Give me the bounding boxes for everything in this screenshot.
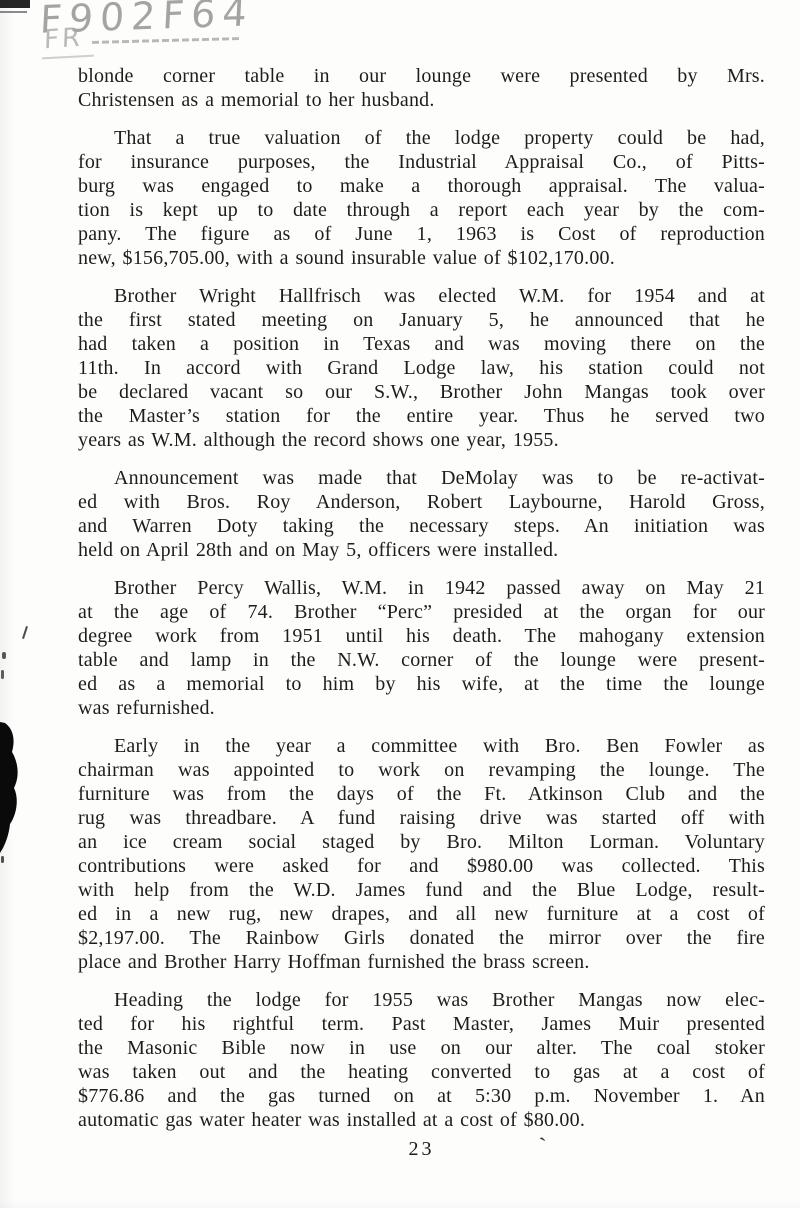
scan-corner-bar <box>0 0 30 8</box>
margin-mark-dot <box>1 670 4 679</box>
text-line: Announcement was made that DeMolay was t… <box>78 466 765 490</box>
handwritten-initials-underline <box>42 55 94 60</box>
text-line: tion is kept up to date through a report… <box>78 198 765 222</box>
text-line: the Master’s station for the entire year… <box>78 404 765 428</box>
text-line: degree work from 1951 until his death. T… <box>78 624 765 648</box>
handwritten-initials: FR <box>44 23 84 56</box>
text-line: place and Brother Harry Hoffman furnishe… <box>78 950 765 974</box>
text-line: Heading the lodge for 1955 was Brother M… <box>78 988 765 1012</box>
text-line: Christensen as a memorial to her husband… <box>78 88 765 112</box>
text-line: rug was threadbare. A fund raising drive… <box>78 806 765 830</box>
margin-mark-dot <box>1 856 4 863</box>
text-line: blonde corner table in our lounge were p… <box>78 64 765 88</box>
paragraph: Brother Percy Wallis, W.M. in 1942 passe… <box>78 576 765 720</box>
paragraph: That a true valuation of the lodge prope… <box>78 126 765 270</box>
paragraph: Heading the lodge for 1955 was Brother M… <box>78 988 765 1132</box>
text-line: ed as a memorial to him by his wife, at … <box>78 672 765 696</box>
text-line: was taken out and the heating converted … <box>78 1060 765 1084</box>
text-line: furniture was from the days of the Ft. A… <box>78 782 765 806</box>
scan-corner-line <box>0 11 27 13</box>
text-line: chairman was appointed to work on revamp… <box>78 758 765 782</box>
page-number: 23 <box>78 1138 765 1161</box>
text-line: for insurance purposes, the Industrial A… <box>78 150 765 174</box>
paragraph: Early in the year a committee with Bro. … <box>78 734 765 974</box>
text-line: and Warren Doty taking the necessary ste… <box>78 514 765 538</box>
text-line: Early in the year a committee with Bro. … <box>78 734 765 758</box>
text-line: new, $156,705.00, with a sound insurable… <box>78 246 765 270</box>
text-line: years as W.M. although the record shows … <box>78 428 765 452</box>
text-line: table and lamp in the N.W. corner of the… <box>78 648 765 672</box>
scanned-document-page: F902F64 FR blonde corner table in our lo… <box>0 0 800 1208</box>
ink-blob-artifact <box>0 722 24 854</box>
text-line: ted for his rightful term. Past Master, … <box>78 1012 765 1036</box>
text-line: Brother Wright Hallfrisch was elected W.… <box>78 284 765 308</box>
text-line: the Masonic Bible now in use on our alte… <box>78 1036 765 1060</box>
text-line: ed in a new rug, new drapes, and all new… <box>78 902 765 926</box>
text-line: $776.86 and the gas turned on at 5:30 p.… <box>78 1084 765 1108</box>
text-line: at the age of 74. Brother “Perc” preside… <box>78 600 765 624</box>
paragraph: Announcement was made that DeMolay was t… <box>78 466 765 562</box>
text-line: automatic gas water heater was installed… <box>78 1108 765 1132</box>
text-line: $2,197.00. The Rainbow Girls donated the… <box>78 926 765 950</box>
paragraph: Brother Wright Hallfrisch was elected W.… <box>78 284 765 452</box>
text-line: had taken a position in Texas and was mo… <box>78 332 765 356</box>
margin-mark-dot <box>2 652 6 659</box>
text-line: with help from the W.D. James fund and t… <box>78 878 765 902</box>
text-line: was refurnished. <box>78 696 765 720</box>
text-line: be declared vacant so our S.W., Brother … <box>78 380 765 404</box>
text-line: That a true valuation of the lodge prope… <box>78 126 765 150</box>
text-line: held on April 28th and on May 5, officer… <box>78 538 765 562</box>
margin-mark-slash <box>22 626 28 639</box>
text-line: the first stated meeting on January 5, h… <box>78 308 765 332</box>
body-text: blonde corner table in our lounge were p… <box>78 64 765 1132</box>
text-line: Brother Percy Wallis, W.M. in 1942 passe… <box>78 576 765 600</box>
text-line: pany. The figure as of June 1, 1963 is C… <box>78 222 765 246</box>
text-line: ed with Bros. Roy Anderson, Robert Laybo… <box>78 490 765 514</box>
text-line: 11th. In accord with Grand Lodge law, hi… <box>78 356 765 380</box>
text-line: burg was engaged to make a thorough appr… <box>78 174 765 198</box>
text-line: contributions were asked for and $980.00… <box>78 854 765 878</box>
text-line: an ice cream social staged by Bro. Milto… <box>78 830 765 854</box>
paragraph: blonde corner table in our lounge were p… <box>78 64 765 112</box>
